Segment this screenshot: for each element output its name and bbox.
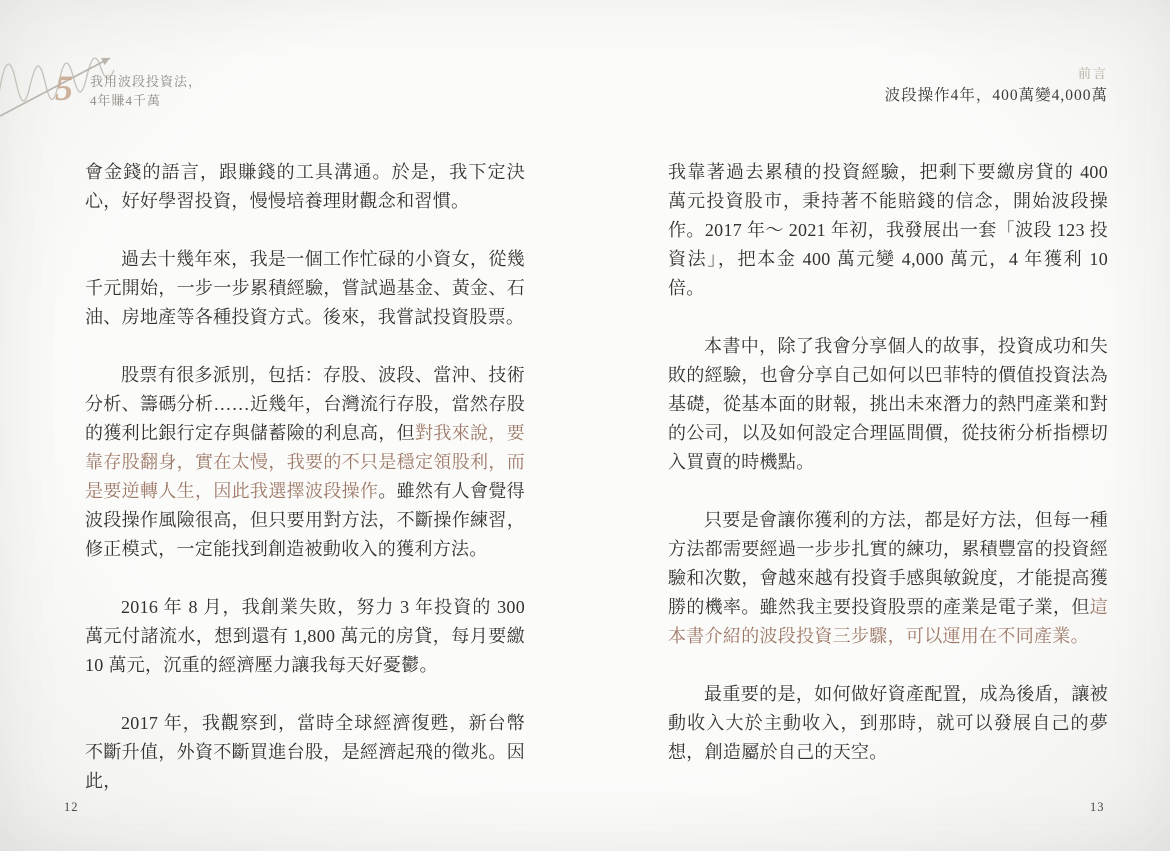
chapter-label: 前言 [885,66,1108,82]
paragraph: 2017 年，我觀察到，當時全球經濟復甦，新台幣不斷升值，外資不斷買進台股，是經… [85,709,525,796]
running-head: 前言 波段操作4年，400萬變4,000萬 [885,66,1108,106]
logo-numeral-5-icon: 5 [55,70,73,106]
text-segment: 我靠著過去累積的投資經驗，把剩下要繳房貸的 400 萬元投資股市，秉持著不能賠錢… [668,162,1108,298]
paragraph: 過去十幾年來，我是一個工作忙碌的小資女，從幾千元開始，一步一步累積經驗，嘗試過基… [85,245,525,332]
text-segment: 最重要的是，如何做好資產配置，成為後盾，讓被動收入大於主動收入，到那時，就可以發… [668,684,1108,762]
paragraph: 只要是會讓你獲利的方法，都是好方法，但每一種方法都需要經過一步步扎實的練功，累積… [668,506,1108,651]
book-title: 我用波段投資法， 4年賺4千萬 [90,72,202,110]
text-segment: 本書中，除了我會分享個人的故事，投資成功和失敗的經驗，也會分享自己如何以巴菲特的… [668,336,1108,472]
paragraph: 會金錢的語言，跟賺錢的工具溝通。於是，我下定決心，好好學習投資，慢慢培養理財觀念… [85,158,525,216]
paragraph: 最重要的是，如何做好資產配置，成為後盾，讓被動收入大於主動收入，到那時，就可以發… [668,680,1108,767]
book-spread: 5 我用波段投資法， 4年賺4千萬 前言 波段操作4年，400萬變4,000萬 … [0,0,1170,851]
paragraph: 2016 年 8 月，我創業失敗，努力 3 年投資的 300 萬元付諸流水，想到… [85,593,525,680]
left-page-text: 會金錢的語言，跟賺錢的工具溝通。於是，我下定決心，好好學習投資，慢慢培養理財觀念… [85,158,525,796]
page-number-right: 13 [1090,800,1105,815]
text-segment: 過去十幾年來，我是一個工作忙碌的小資女，從幾千元開始，一步一步累積經驗，嘗試過基… [85,249,525,327]
paragraph: 我靠著過去累積的投資經驗，把剩下要繳房貸的 400 萬元投資股市，秉持著不能賠錢… [668,158,1108,303]
text-segment: 會金錢的語言，跟賺錢的工具溝通。於是，我下定決心，好好學習投資，慢慢培養理財觀念… [85,162,525,211]
right-page-text: 我靠著過去累積的投資經驗，把剩下要繳房貸的 400 萬元投資股市，秉持著不能賠錢… [668,158,1108,767]
paragraph: 股票有很多派別，包括：存股、波段、當沖、技術分析、籌碼分析……近幾年，台灣流行存… [85,361,525,564]
paragraph: 本書中，除了我會分享個人的故事，投資成功和失敗的經驗，也會分享自己如何以巴菲特的… [668,332,1108,477]
page-number-left: 12 [64,800,79,815]
text-segment: 2016 年 8 月，我創業失敗，努力 3 年投資的 300 萬元付諸流水，想到… [85,597,525,675]
book-title-line-1: 我用波段投資法， [90,72,202,91]
preface-title: 波段操作4年，400萬變4,000萬 [885,86,1108,106]
book-title-line-2: 4年賺4千萬 [90,91,202,110]
text-segment: 只要是會讓你獲利的方法，都是好方法，但每一種方法都需要經過一步步扎實的練功，累積… [668,510,1108,617]
text-segment: 2017 年，我觀察到，當時全球經濟復甦，新台幣不斷升值，外資不斷買進台股，是經… [85,713,525,791]
